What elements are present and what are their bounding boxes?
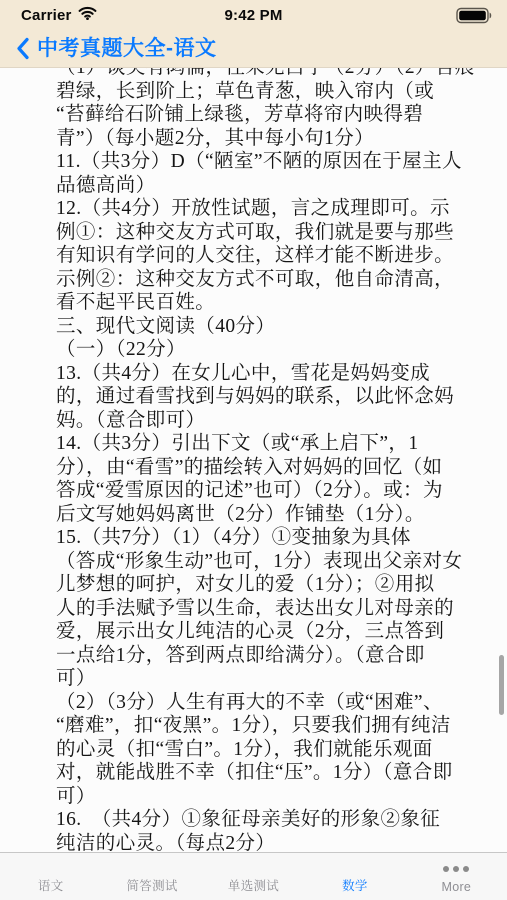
content-text-line: 15.（共7分）（1）（4分）①变抽象为具体 [56,526,463,550]
content-text-line: 例①：这种交友方式可取，我们就是要与那些 [56,221,463,245]
content-text-line: 一点给1分，答到两点即给满分）。（意合即 [56,644,463,668]
content-text-line: 对，就能战胜不幸（扣住“压”。1分）（意合即 [56,761,463,785]
content-text-line: 可） [56,785,463,809]
tab-label: 简答测试 [127,876,178,894]
content-area[interactable]: （1）谈笑有鸿儒，往来无白丁（2分）（2）苔痕碧绿，长到阶上；草色青葱，映入帘内… [0,68,507,852]
content-text-line: 分），由“看雪”的描绘转入对妈妈的回忆（如 [56,456,463,480]
tab-bar: 语文简答测试单选测试数学More [0,852,507,900]
content-text: （1）谈笑有鸿儒，往来无白丁（2分）（2）苔痕碧绿，长到阶上；草色青葱，映入帘内… [0,68,507,852]
content-text-line: （答成“形象生动”也可，1分）表现出父亲对女 [56,550,463,574]
tab-label: More [441,880,471,894]
clock: 9:42 PM [0,7,507,24]
tab-label: 数学 [342,876,368,894]
content-text-line: 11.（共3分）D（“陋室”不陋的原因在于屋主人 [56,150,463,174]
back-button[interactable]: 中考真题大全-语文 [10,31,223,66]
tab-jianda[interactable]: 简答测试 [101,853,202,900]
content-text-line: 16. （共4分）①象征母亲美好的形象②象征 [56,808,463,832]
content-text-line: “磨难”，扣“夜黑”。1分），只要我们拥有纯洁 [56,714,463,738]
content-text-line: 示例②：这种交友方式不可取，他自命清高， [56,268,463,292]
tab-danxuan[interactable]: 单选测试 [203,853,304,900]
tab-more[interactable]: More [406,853,507,900]
content-text-line: （2）（3分）人生有再大的不幸（或“困难”、 [56,691,463,715]
content-text-line: 的，通过看雪找到与妈妈的联系，以此怀念妈 [56,385,463,409]
content-text-line: 儿梦想的呵护，对女儿的爱（1分）；②用拟 [56,573,463,597]
content-text-line: 三、现代文阅读（40分） [56,315,463,339]
more-dots-icon [443,866,469,872]
content-text-line: 品德高尚） [56,174,463,198]
content-text-line: 答成“爱雪原因的记述”也可）（2分）。或：为 [56,479,463,503]
content-text-line: 人的手法赋予雪以生命，表达出女儿对母亲的 [56,597,463,621]
tab-shuxue[interactable]: 数学 [304,853,405,900]
tab-label: 语文 [38,876,64,894]
content-text-line: 13.（共4分）在女儿心中，雪花是妈妈变成 [56,362,463,386]
content-text-line: 纯洁的心灵。（每点2分） [56,832,463,853]
content-text-line: （一）（22分） [56,338,463,362]
content-text-line: 爱，展示出女儿纯洁的心灵（2分，三点答到 [56,620,463,644]
status-bar: Carrier 9:42 PM [0,0,507,30]
content-text-line: 可） [56,667,463,691]
content-text-line: 青”）（每小题2分，其中每小句1分） [56,127,463,151]
back-title: 中考真题大全-语文 [37,35,217,62]
chevron-left-icon [16,37,29,60]
content-text-line: 的心灵（扣“雪白”。1分），我们就能乐观面 [56,738,463,762]
content-text-line: （1）谈笑有鸿儒，往来无白丁（2分）（2）苔痕 [56,68,463,80]
content-text-line: 看不起平民百姓。 [56,291,463,315]
nav-bar: 中考真题大全-语文 [0,30,507,68]
tab-label: 单选测试 [228,876,279,894]
content-text-line: “苔藓给石阶铺上绿毯，芳草将帘内映得碧 [56,103,463,127]
content-text-line: 12.（共4分）开放性试题，言之成理即可。示 [56,197,463,221]
tab-yuwen[interactable]: 语文 [0,853,101,900]
content-text-line: 后文写她妈妈离世（2分）作铺垫（1分）。 [56,503,463,527]
content-text-line: 碧绿，长到阶上；草色青葱，映入帘内（或 [56,80,463,104]
header: Carrier 9:42 PM [0,0,507,68]
content-text-line: 妈。（意合即可） [56,409,463,433]
scrollbar-thumb[interactable] [499,655,504,715]
content-text-line: 14.（共3分）引出下文（或“承上启下”，1 [56,432,463,456]
content-text-line: 有知识有学问的人交往，这样才能不断进步。 [56,244,463,268]
battery-icon [456,7,494,24]
